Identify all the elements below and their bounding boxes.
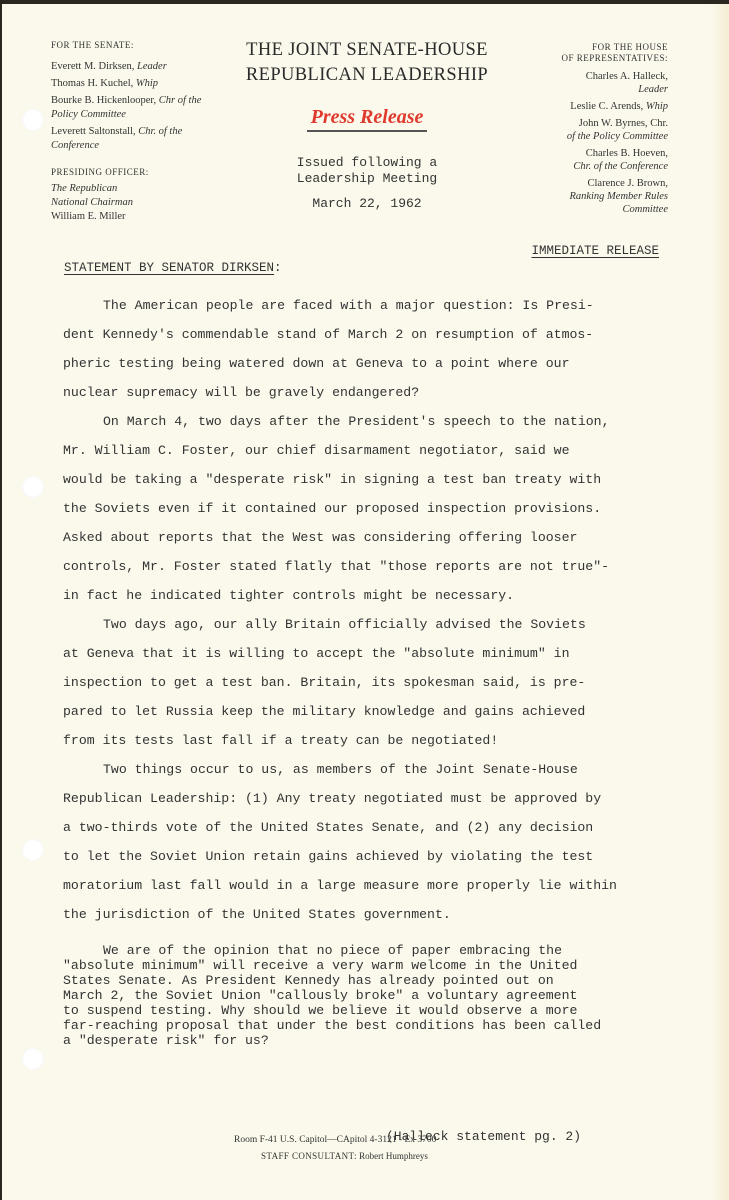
presiding-heading: PRESIDING OFFICER: xyxy=(51,165,221,179)
office-address: Room F-41 U.S. Capitol—CApitol 4-3121 - … xyxy=(234,1135,654,1145)
member-role: Leader xyxy=(508,83,668,96)
body-paragraph-single-spaced: We are of the opinion that no piece of p… xyxy=(63,943,683,1048)
immediate-release-tag: IMMEDIATE RELEASE xyxy=(531,244,659,258)
house-heading-line: FOR THE HOUSE xyxy=(508,42,668,53)
masthead: THE JOINT SENATE-HOUSE REPUBLICAN LEADER… xyxy=(202,38,532,211)
staff-label: STAFF CONSULTANT: xyxy=(261,1151,357,1161)
house-letterhead: FOR THE HOUSE OF REPRESENTATIVES: Charle… xyxy=(508,42,668,220)
house-member: Charles B. Hoeven, Chr. of the Conferenc… xyxy=(508,147,668,173)
body-paragraph: Two days ago, our ally Britain officiall… xyxy=(63,610,683,755)
member-name: Clarence J. Brown, xyxy=(508,177,668,190)
senate-letterhead: FOR THE SENATE: Everett M. Dirksen, Lead… xyxy=(51,38,221,224)
presiding-title: The Republican xyxy=(51,182,221,196)
member-role: Whip xyxy=(136,78,158,89)
masthead-title: THE JOINT SENATE-HOUSE REPUBLICAN LEADER… xyxy=(202,38,532,88)
member-role: Leader xyxy=(137,61,167,72)
member-role: Chr. of the Conference xyxy=(508,160,668,173)
punch-hole xyxy=(22,476,44,498)
punch-hole xyxy=(22,109,44,131)
statement-heading-text: STATEMENT BY SENATOR DIRKSEN xyxy=(64,261,274,275)
statement-heading-colon: : xyxy=(274,261,282,275)
member-name: Charles A. Halleck, xyxy=(508,70,668,83)
house-member: Leslie C. Arends, Whip xyxy=(508,100,668,113)
issued-note: Issued following a Leadership Meeting xyxy=(202,155,532,187)
senate-member: Bourke B. Hickenlooper, Chr of the Polic… xyxy=(51,94,221,122)
presiding-title: National Chairman xyxy=(51,196,221,210)
presiding-name: William E. Miller xyxy=(51,211,126,222)
member-role: of the Policy Committee xyxy=(508,130,668,143)
member-name: Leverett Saltonstall, xyxy=(51,126,136,137)
member-name: Everett M. Dirksen, xyxy=(51,61,134,72)
member-role: Ranking Member Rules Committee xyxy=(508,190,668,216)
statement-body: The American people are faced with a maj… xyxy=(63,291,683,1048)
press-release-page: FOR THE SENATE: Everett M. Dirksen, Lead… xyxy=(2,4,729,1200)
staff-name: Robert Humphreys xyxy=(359,1151,428,1161)
member-name: Charles B. Hoeven, xyxy=(508,147,668,160)
press-release-label: Press Release xyxy=(307,105,428,132)
letterhead-footer: Room F-41 U.S. Capitol—CApitol 4-3121 - … xyxy=(234,1135,654,1161)
house-heading: FOR THE HOUSE OF REPRESENTATIVES: xyxy=(508,42,668,64)
senate-member: Leverett Saltonstall, Chr. of the Confer… xyxy=(51,125,221,153)
house-heading-line: OF REPRESENTATIVES: xyxy=(508,53,668,64)
issue-date: March 22, 1962 xyxy=(202,196,532,211)
issued-line: Leadership Meeting xyxy=(202,171,532,187)
senate-heading: FOR THE SENATE: xyxy=(51,38,221,52)
senate-member: Thomas H. Kuchel, Whip xyxy=(51,77,221,91)
member-name: Thomas H. Kuchel, xyxy=(51,78,133,89)
issued-line: Issued following a xyxy=(202,155,532,171)
presiding-officer: PRESIDING OFFICER: The Republican Nation… xyxy=(51,165,221,224)
continuation-note: (Halleck statement pg. 2) xyxy=(386,1129,581,1144)
masthead-title-line: REPUBLICAN LEADERSHIP xyxy=(202,63,532,88)
member-role: Whip xyxy=(646,101,668,112)
house-member: Charles A. Halleck, Leader xyxy=(508,70,668,96)
member-name: John W. Byrnes, Chr. xyxy=(508,117,668,130)
senate-member: Everett M. Dirksen, Leader xyxy=(51,60,221,74)
member-name: Bourke B. Hickenlooper, xyxy=(51,95,156,106)
staff-consultant: STAFF CONSULTANT: Robert Humphreys xyxy=(261,1151,654,1161)
body-paragraph: The American people are faced with a maj… xyxy=(63,291,683,407)
house-member: Clarence J. Brown, Ranking Member Rules … xyxy=(508,177,668,216)
punch-hole xyxy=(22,839,44,861)
member-name: Leslie C. Arends, xyxy=(570,101,643,112)
masthead-title-line: THE JOINT SENATE-HOUSE xyxy=(202,38,532,63)
house-member: John W. Byrnes, Chr. of the Policy Commi… xyxy=(508,117,668,143)
punch-hole xyxy=(22,1048,44,1070)
statement-heading: STATEMENT BY SENATOR DIRKSEN: xyxy=(64,261,282,275)
body-paragraph: On March 4, two days after the President… xyxy=(63,407,683,610)
body-paragraph: Two things occur to us, as members of th… xyxy=(63,755,683,929)
